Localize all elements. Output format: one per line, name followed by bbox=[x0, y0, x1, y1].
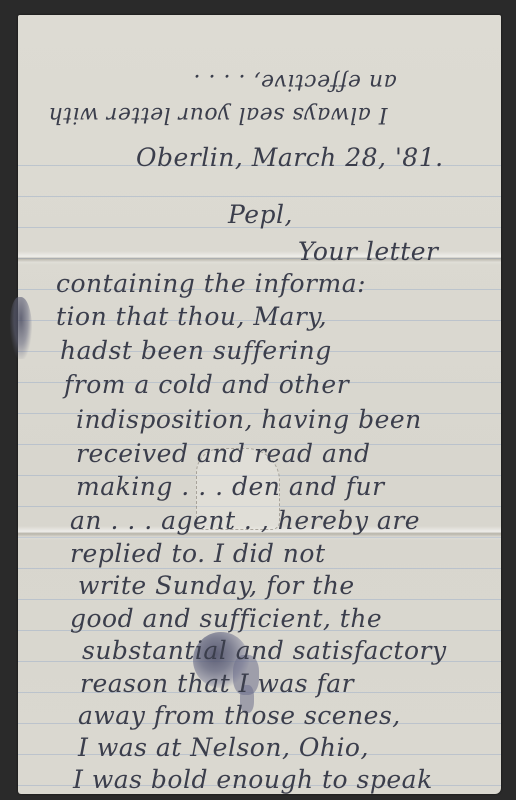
body-line: I was bold enough to speak bbox=[73, 767, 433, 792]
body-line: an . . . agent . , hereby are bbox=[70, 508, 420, 533]
ink-smudge bbox=[10, 297, 32, 359]
body-line: received and read and bbox=[76, 441, 370, 466]
ruled-line bbox=[18, 568, 501, 569]
body-line: indisposition, having been bbox=[76, 407, 422, 432]
document-viewer: I always seal your letter with an effect… bbox=[0, 0, 516, 800]
body-line: Your letter bbox=[298, 239, 439, 264]
letter-page: I always seal your letter with an effect… bbox=[18, 15, 501, 794]
inverted-postscript-line: I always seal your letter with bbox=[48, 103, 387, 125]
inverted-postscript-line: an effective, . . . . bbox=[193, 70, 397, 92]
body-line: tion that thou, Mary, bbox=[56, 304, 327, 329]
body-line: from a cold and other bbox=[64, 372, 349, 397]
place-date-heading: Oberlin, March 28, '81. bbox=[136, 145, 444, 170]
body-line: I was at Nelson, Ohio, bbox=[78, 735, 369, 760]
body-line: containing the informa: bbox=[56, 271, 366, 296]
body-line: reason that I was far bbox=[80, 671, 354, 696]
body-line: hadst been suffering bbox=[60, 338, 332, 363]
body-line: good and sufficient, the bbox=[70, 606, 382, 631]
body-line: write Sunday, for the bbox=[78, 573, 355, 598]
body-line: replied to. I did not bbox=[70, 541, 326, 566]
salutation: Pepl, bbox=[228, 202, 293, 227]
ruled-line bbox=[18, 196, 501, 197]
body-line: making . . . den and fur bbox=[76, 474, 385, 499]
body-line: away from those scenes, bbox=[78, 703, 401, 728]
body-line: substantial and satisfactory bbox=[82, 638, 447, 663]
